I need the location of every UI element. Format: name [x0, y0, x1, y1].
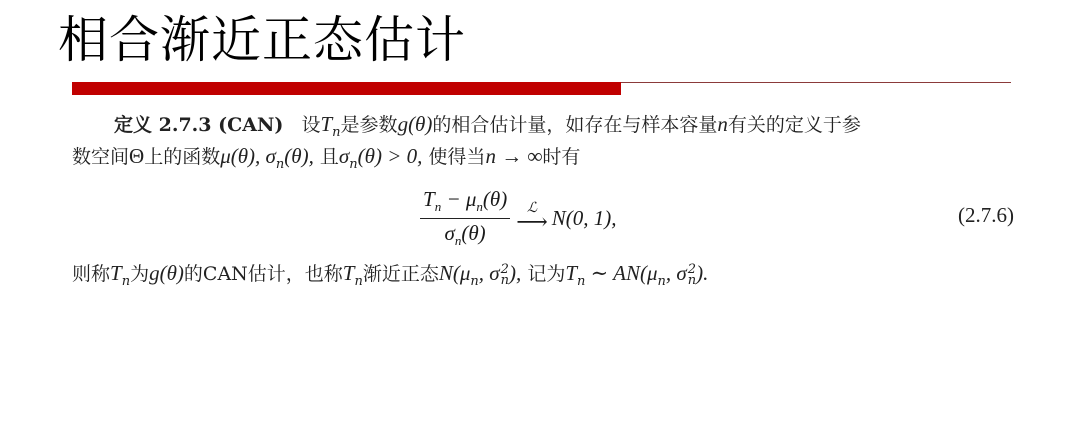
text: 是参数	[341, 114, 398, 136]
math-theta: (θ)	[483, 187, 507, 211]
math-sigma: σ	[339, 144, 349, 168]
math-T: T	[110, 261, 122, 285]
definition-conclusion: 则称Tn为g(θ)的CAN估计，也称Tn渐近正态N(μn, σ2n), 记为Tn…	[72, 259, 708, 296]
math-close: ).	[696, 261, 708, 285]
equation-number: (2.7.6)	[958, 203, 1014, 228]
text: 时有	[542, 146, 580, 168]
math-g: g(θ)	[398, 112, 433, 136]
text: 使得当	[428, 146, 485, 168]
definition-line-2: 数空间Θ上的函数μ(θ), σn(θ), 且σn(θ) > 0, 使得当n → …	[72, 142, 580, 179]
equation-rhs: N(0, 1),	[552, 206, 617, 231]
text: 的相合估计量，如存在与样本容量	[432, 114, 717, 136]
math-sub: n	[501, 275, 509, 286]
math-T: T	[320, 112, 332, 136]
math-minus-mu: − μ	[441, 187, 476, 211]
math-n: n	[717, 112, 728, 136]
math-sub: n	[332, 125, 340, 140]
math-theta-arg: (θ),	[284, 144, 314, 168]
math-subsup: 2n	[501, 264, 509, 286]
title-accent-bar	[72, 82, 621, 95]
math-sub: n	[354, 274, 362, 289]
math-condition: (θ) > 0,	[358, 144, 423, 168]
math-T: T	[565, 261, 577, 285]
text: 为	[130, 263, 149, 285]
math-sub: n	[688, 275, 696, 286]
text: 渐近正态	[363, 263, 439, 285]
math-subsup: 2n	[688, 264, 696, 286]
math-T: T	[423, 187, 435, 211]
fraction-numerator: Tn − μn(θ)	[420, 187, 510, 218]
arrow-icon: ⟶	[516, 214, 548, 230]
slide-title: 相合渐近正态估计	[58, 8, 466, 72]
math-limit: n → ∞	[485, 144, 542, 168]
math-theta: Θ	[129, 144, 144, 168]
math-sigma: σ	[445, 221, 455, 245]
text: 设	[301, 114, 320, 136]
math-sub: n	[658, 274, 666, 289]
text: 且	[320, 146, 339, 168]
convergence-arrow: ℒ ⟶	[516, 202, 548, 230]
title-rule-line	[621, 82, 1011, 83]
math-sigma: , σ	[666, 261, 687, 285]
math-sub: n	[470, 274, 478, 289]
equation: Tn − μn(θ) σn(θ) ℒ ⟶ N(0, 1),	[420, 186, 617, 250]
math-N: N(μ	[439, 261, 471, 285]
text: 数空间	[72, 146, 129, 168]
math-close: ),	[509, 261, 521, 285]
definition-label: 定义 2.7.3 (CAN)	[114, 114, 283, 136]
math-g: g(θ)	[149, 261, 184, 285]
math-sigma: , σ	[479, 261, 500, 285]
text: 有关的定义于参	[728, 114, 861, 136]
math-sub: n	[349, 157, 357, 172]
text: 记为	[527, 263, 565, 285]
math-theta: (θ)	[461, 221, 485, 245]
equation-fraction: Tn − μn(θ) σn(θ)	[420, 187, 510, 248]
text: 的CAN估计，也称	[184, 263, 343, 285]
math-sub: n	[122, 274, 130, 289]
math-mu: μ(θ), σ	[220, 144, 276, 168]
fraction-denominator: σn(θ)	[445, 219, 486, 249]
text: 上的函数	[144, 146, 220, 168]
math-T: T	[343, 261, 355, 285]
text: 则称	[72, 263, 110, 285]
math-sim-AN: ∼ AN(μ	[585, 261, 657, 285]
